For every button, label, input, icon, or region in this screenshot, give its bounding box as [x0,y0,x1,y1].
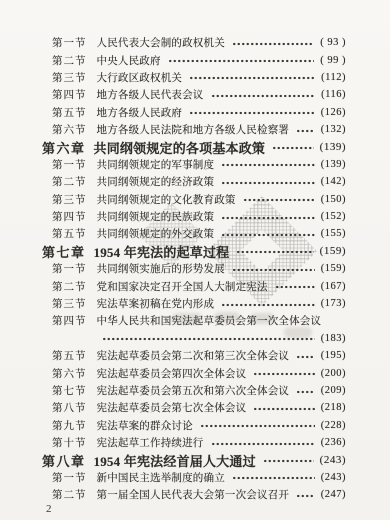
toc-entry: 第一节 人民代表大会制的政权机关 ( 93 ) [52,34,390,51]
toc-entry-title: 地方各级人民政府 [97,105,183,120]
toc-entry-label: 第十节 [52,435,87,450]
toc-entry: 第四节 中华人民共和国宪法起草委员会第一次全体会议 [52,312,390,329]
dot-leader [296,355,315,359]
toc-entry: 第十节 宪法起草工作持续进行 (236) [52,434,390,451]
toc-entry-label: 第四节 [52,209,87,224]
dot-leader [221,181,315,185]
toc-entry-title: 新中国民主选举制度的确立 [97,470,225,485]
toc-entry-page: (209) [321,385,346,396]
toc-entry-page: (195) [321,350,346,361]
toc-entry: 第七节 宪法起草委员会第五次和第六次全体会议 (209) [52,382,390,399]
dot-leader [211,442,315,446]
toc-entry: 第二节 第一届全国人民代表大会第一次会议召开 (247) [52,486,390,503]
toc-entry-title: 1954 年宪法的起草过程 [94,242,230,261]
toc-entry-page: (142) [321,176,346,187]
dot-leader [263,459,314,463]
toc-entry-title: 宪法起草委员会第五次和第六次全体会议 [97,383,290,398]
dot-leader [253,407,314,411]
toc-entry-label: 第一节 [52,261,87,276]
toc-entry: 第三节 大行政区政权机关 (112) [52,69,390,86]
toc-entry-label: 第六章 [42,138,86,157]
dot-leader [275,285,315,289]
toc-entry: 第一节 共同纲领实施后的形势发展 (159) [52,260,390,277]
toc-entry-page: ( 93 ) [320,37,346,48]
dot-leader [253,372,314,376]
toc-entry: 第四节 共同纲领规定的民族政策 (152) [52,208,390,225]
toc-entry-page: (228) [321,420,346,431]
toc-entry-label: 第二节 [52,174,87,189]
toc-entry-page: (116) [321,89,346,100]
toc-entry-page: (247) [321,489,346,500]
toc-entry-page: (159) [320,245,346,257]
toc-entry-page: (132) [321,124,346,135]
toc-entry: 第三节 共同纲领规定的文化教育政策 (150) [52,191,390,208]
dot-leader [296,129,315,133]
toc-entry-title: 共同纲领规定的军事制度 [97,157,215,172]
toc-entry: 第五节 宪法起草委员会第二次和第三次全体会议 (195) [52,347,390,364]
toc-entry-label: 第五节 [52,105,87,120]
book-page: 第一节 人民代表大会制的政权机关 ( 93 ) 第二节 中央人民政府 ( 99 … [0,0,390,520]
toc-entry-title: 第一届全国人民代表大会第一次会议召开 [97,487,290,502]
dot-leader [189,76,315,80]
dot-leader [236,250,313,254]
toc-entry-label: 第二节 [52,279,87,294]
toc-entry: 第八章 1954 年宪法经首届人大通过 (243) [42,451,390,468]
toc-entry-title: 地方各级人民代表会议 [97,87,204,102]
toc-entry-label: 第二节 [52,487,87,502]
toc-entry-page: (155) [321,228,346,239]
toc-entry-label: 第一节 [52,470,87,485]
dot-leader [296,494,315,498]
toc-entry-title: 共同纲领规定的文化教育政策 [97,192,236,207]
toc-entry-label: 第一节 [52,157,87,172]
toc-entry-label: 第八节 [52,400,87,415]
dot-leader [272,146,314,150]
toc-entry-label: 第四节 [52,313,87,328]
toc-entry: 第七章 1954 年宪法的起草过程 (159) [42,243,390,260]
toc-entry-title: 宪法起草工作持续进行 [97,435,204,450]
toc-entry: 第六节 宪法起草委员会第四次全体会议 (200) [52,364,390,381]
toc-entry-page: (167) [321,281,346,292]
toc-entry: 第六节 地方各级人民法院和地方各级人民检察署 (132) [52,121,390,138]
toc-entry: (183) [95,330,390,347]
toc-entry-page: (159) [321,263,346,274]
toc-entry-page: (173) [321,298,346,309]
toc-entry-title: 党和国家决定召开全国人大制定宪法 [97,279,268,294]
toc-entry-page: ( 99 ) [320,55,346,66]
toc-entry-label: 第一节 [52,35,87,50]
toc-entry-label: 第五节 [52,348,87,363]
table-of-contents: 第一节 人民代表大会制的政权机关 ( 93 ) 第二节 中央人民政府 ( 99 … [0,34,390,504]
toc-entry-page: (236) [321,437,346,448]
dot-leader [200,424,315,428]
dot-leader [232,42,314,46]
toc-entry-title: 宪法草案的群众讨论 [97,418,193,433]
toc-entry: 第二节 中央人民政府 ( 99 ) [52,51,390,68]
toc-entry-page: (152) [321,211,346,222]
toc-entry-page: (200) [321,368,346,379]
toc-entry-title: 宪法起草委员会第七次全体会议 [97,400,247,415]
dot-leader [296,390,315,394]
toc-entry-label: 第四节 [52,87,87,102]
toc-entry: 第一节 共同纲领规定的军事制度 (139) [52,156,390,173]
toc-entry-label: 第五节 [52,226,87,241]
toc-entry: 第二节 党和国家决定召开全国人大制定宪法 (167) [52,277,390,294]
toc-entry-label: 第三节 [52,192,87,207]
dot-leader [221,163,315,167]
dot-leader [243,198,315,202]
toc-entry-title: 中央人民政府 [97,53,161,68]
toc-entry: 第八节 宪法起草委员会第七次全体会议 (218) [52,399,390,416]
dot-leader [232,476,315,480]
toc-entry-page: (112) [321,72,346,83]
toc-entry-title: 地方各级人民法院和地方各级人民检察署 [97,122,290,137]
toc-entry: 第五节 共同纲领规定的外交政策 (155) [52,225,390,242]
toc-entry: 第五节 地方各级人民政府 (126) [52,104,390,121]
toc-entry-title: 共同纲领规定的经济政策 [97,174,215,189]
toc-entry: 第二节 共同纲领规定的经济政策 (142) [52,173,390,190]
toc-entry-title: 人民代表大会制的政权机关 [97,35,225,50]
dot-leader [221,216,315,220]
toc-entry-label: 第三节 [52,296,87,311]
toc-entry-title: 共同纲领规定的民族政策 [97,209,215,224]
toc-entry-page: (139) [320,141,346,153]
toc-entry-label: 第七章 [42,242,86,261]
toc-entry-label: 第六节 [52,122,87,137]
toc-entry: 第六章 共同纲领规定的各项基本政策 (139) [42,138,390,155]
toc-entry-title: 共同纲领规定的各项基本政策 [94,138,266,157]
toc-entry: 第四节 地方各级人民代表会议 (116) [52,86,390,103]
dot-leader [102,337,315,341]
toc-entry: 第九节 宪法草案的群众讨论 (228) [52,417,390,434]
toc-entry-page: (243) [320,454,346,466]
toc-entry-title: 共同纲领规定的外交政策 [97,226,215,241]
toc-entry-label: 第六节 [52,366,87,381]
folio-page-number: 2 [46,503,52,515]
toc-entry-label: 第七节 [52,383,87,398]
dot-leader [221,303,315,307]
toc-entry-page: (126) [321,107,346,118]
toc-entry-title: 共同纲领实施后的形势发展 [97,261,225,276]
toc-entry-page: (183) [321,333,346,344]
toc-entry-label: 第九节 [52,418,87,433]
toc-entry-page: (150) [321,194,346,205]
toc-entry-label: 第二节 [52,53,87,68]
toc-entry-page: (218) [321,402,346,413]
toc-entry-title: 1954 年宪法经首届人大通过 [94,451,256,470]
toc-entry-title: 宪法草案初稿在党内形成 [97,296,215,311]
toc-entry-title: 宪法起草委员会第二次和第三次全体会议 [97,348,290,363]
toc-entry: 第一节 新中国民主选举制度的确立 (243) [52,469,390,486]
toc-entry-title: 大行政区政权机关 [97,70,183,85]
toc-entry-title: 宪法起草委员会第四次全体会议 [97,366,247,381]
toc-entry-title: 中华人民共和国宪法起草委员会第一次全体会议 [97,313,322,328]
dot-leader [211,94,316,98]
toc-entry-page: (243) [321,472,346,483]
toc-entry-label: 第三节 [52,70,87,85]
dot-leader [232,268,315,272]
toc-entry: 第三节 宪法草案初稿在党内形成 (173) [52,295,390,312]
dot-leader [221,233,315,237]
dot-leader [189,111,315,115]
dot-leader [168,59,315,63]
toc-entry-page: (139) [321,159,346,170]
toc-entry-label: 第八章 [42,451,86,470]
